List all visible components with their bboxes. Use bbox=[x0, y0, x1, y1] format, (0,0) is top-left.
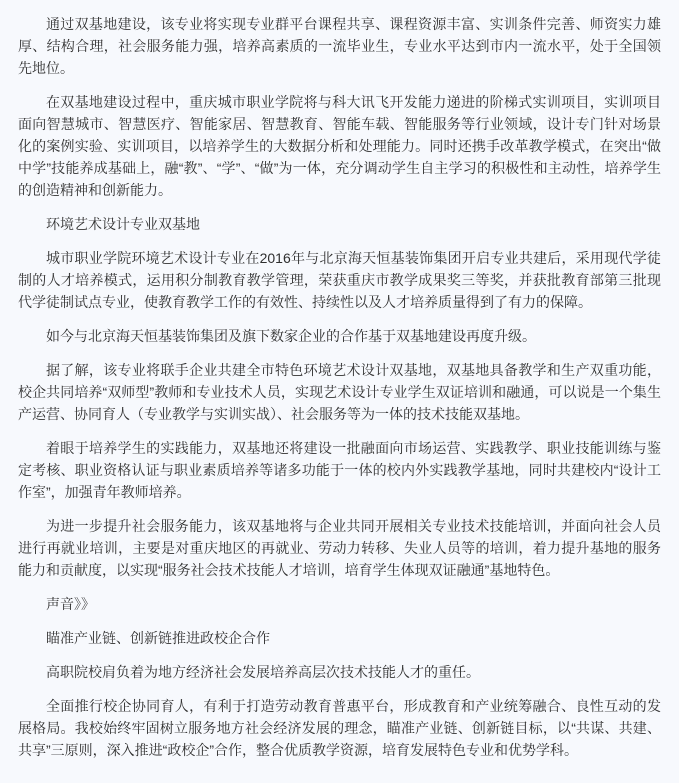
subtitle-industry-chain-cooperation: 瞄准产业链、创新链推进政校企合作 bbox=[18, 627, 661, 649]
paragraph-social-service-training: 为进一步提升社会服务能力，该双基地将与企业共同开展相关专业技术技能培训，并面向社… bbox=[18, 515, 661, 581]
paragraph-cooperation-upgrade: 如今与北京海天恒基装饰集团及旗下数家企业的合作基于双基地建设再度升级。 bbox=[18, 325, 661, 347]
paragraph-school-enterprise-collaboration: 全面推行校企协同育人，有利于打造劳动教育普惠平台，形成教育和产业统筹融合、良性互… bbox=[18, 695, 661, 761]
paragraph-vocational-colleges-mission: 高职院校肩负着为地方经济社会发展培养高层次技术技能人才的重任。 bbox=[18, 661, 661, 683]
paragraph-dual-base-outcomes: 通过双基地建设，该专业将实现专业群平台课程共享、课程资源丰富、实训条件完善、师资… bbox=[18, 13, 661, 79]
article-body: 通过双基地建设，该专业将实现专业群平台课程共享、课程资源丰富、实训条件完善、师资… bbox=[0, 0, 679, 783]
paragraph-modern-apprenticeship: 城市职业学院环境艺术设计专业在2016年与北京海天恒基装饰集团开启专业共建后，采… bbox=[18, 247, 661, 313]
section-title-environment-art-dual-base: 环境艺术设计专业双基地 bbox=[18, 213, 661, 235]
paragraph-iflytek-training-projects: 在双基地建设过程中，重庆城市职业学院将与科大讯飞开发能力递进的阶梯式实训项目，实… bbox=[18, 91, 661, 201]
voice-section-marker: 声音》》 bbox=[18, 593, 661, 615]
paragraph-city-featured-dual-base: 据了解，该专业将联手企业共建全市特色环境艺术设计双基地，双基地具备教学和生产双重… bbox=[18, 359, 661, 425]
paragraph-practice-teaching-bases: 着眼于培养学生的实践能力，双基地还将建设一批融面向市场运营、实践教学、职业技能训… bbox=[18, 437, 661, 503]
